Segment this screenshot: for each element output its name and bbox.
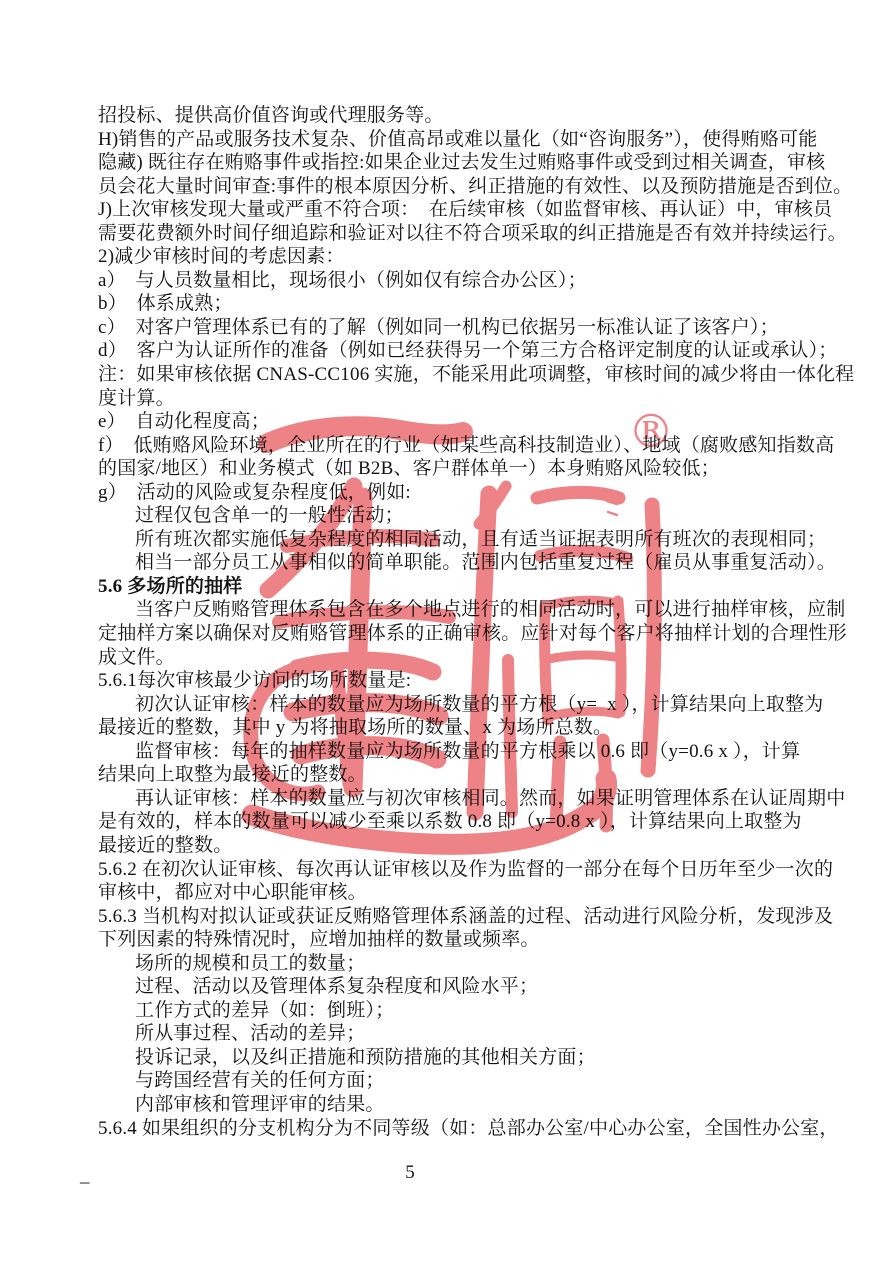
text-line: 工作方式的差异（如：倒班）； (98, 999, 820, 1023)
text-line: 定抽样方案以确保对反贿赂管理体系的正确审核。应针对每个客户将抽样计划的合理性形 (98, 622, 820, 646)
text-line: 相当一部分员工从事相似的简单职能。范围内包括重复过程（雇员从事重复活动）。 (98, 551, 820, 575)
text-line: 最接近的整数，其中 y 为将抽取场所的数量、x 为场所总数。 (98, 716, 820, 740)
text-line: 招投标、提供高价值咨询或代理服务等。 (98, 104, 820, 128)
text-line: 员会花大量时间审查:事件的根本原因分析、纠正措施的有效性、以及预防措施是否到位。 (98, 175, 820, 199)
text-line: 当客户反贿赂管理体系包含在多个地点进行的相同活动时，可以进行抽样审核，应制 (98, 598, 820, 622)
text-line: 最接近的整数。 (98, 834, 820, 858)
text-line: 过程仅包含单一的一般性活动； (98, 504, 820, 528)
text-line: 度计算。 (98, 387, 820, 411)
text-line: 再认证审核：样本的数量应与初次审核相同。然而，如果证明管理体系在认证周期中 (98, 787, 820, 811)
text-line: f） 低贿赂风险环境，企业所在的行业（如某些高科技制造业）、地域（腐败感知指数高 (98, 434, 820, 458)
text-line: 初次认证审核：样本的数量应为场所数量的平方根（y= x ），计算结果向上取整为 (98, 693, 820, 717)
text-line: 内部审核和管理评审的结果。 (98, 1093, 820, 1117)
text-line: 所从事过程、活动的差异； (98, 1022, 820, 1046)
text-line: c） 对客户管理体系已有的了解（例如同一机构已依据另一标准认证了该客户）； (98, 316, 820, 340)
text-line: 成文件。 (98, 646, 820, 670)
text-line: 5.6.1每次审核最少访问的场所数量是: (98, 669, 820, 693)
document-page: 招投标、提供高价值咨询或代理服务等。H)销售的产品或服务技术复杂、价值高昂或难以… (0, 0, 892, 1262)
text-line: g） 活动的风险或复杂程度低，例如: (98, 481, 820, 505)
text-line: 注：如果审核依据 CNAS-CC106 实施，不能采用此项调整，审核时间的减少将… (98, 363, 820, 387)
text-line: 5.6.2 在初次认证审核、每次再认证审核以及作为监督的一部分在每个日历年至少一… (98, 858, 820, 882)
footer-mark: _ (80, 1164, 90, 1187)
text-line: 需要花费额外时间仔细追踪和验证对以往不符合项采取的纠正措施是否有效并持续运行。 (98, 222, 820, 246)
text-line: 2)减少审核时间的考虑因素： (98, 245, 820, 269)
text-line: 监督审核：每年的抽样数量应为场所数量的平方根乘以 0.6 即（y=0.6 x ）… (98, 740, 820, 764)
text-line: 所有班次都实施低复杂程度的相同活动，且有适当证据表明所有班次的表现相同； (98, 528, 820, 552)
text-line: 与跨国经营有关的任何方面； (98, 1069, 820, 1093)
text-line: b） 体系成熟； (98, 292, 820, 316)
text-line: 过程、活动以及管理体系复杂程度和风险水平； (98, 975, 820, 999)
text-line: e） 自动化程度高； (98, 410, 820, 434)
document-body: 招投标、提供高价值咨询或代理服务等。H)销售的产品或服务技术复杂、价值高昂或难以… (98, 104, 820, 1140)
text-line: 下列因素的特殊情况时，应增加抽样的数量或频率。 (98, 928, 820, 952)
page-number: 5 (0, 1161, 820, 1184)
text-line: 是有效的，样本的数量可以减少至乘以系数 0.8 即（y=0.8 x ），计算结果… (98, 810, 820, 834)
text-line: 5.6 多场所的抽样 (98, 575, 820, 599)
text-line: J)上次审核发现大量或严重不符合项： 在后续审核（如监督审核、再认证）中，审核员 (98, 198, 820, 222)
text-line: a） 与人员数量相比，现场很小（例如仅有综合办公区）； (98, 269, 820, 293)
text-line: d） 客户为认证所作的准备（例如已经获得另一个第三方合格评定制度的认证或承认）； (98, 339, 820, 363)
text-line: 隐藏) 既往存在贿赂事件或指控:如果企业过去发生过贿赂事件或受到过相关调查，审核 (98, 151, 820, 175)
text-line: 投诉记录，以及纠正措施和预防措施的其他相关方面； (98, 1046, 820, 1070)
text-line: H)销售的产品或服务技术复杂、价值高昂或难以量化（如“咨询服务”），使得贿赂可能 (98, 128, 820, 152)
text-line: 5.6.4 如果组织的分支机构分为不同等级（如：总部办公室/中心办公室，全国性办… (98, 1117, 820, 1141)
text-line: 审核中，都应对中心职能审核。 (98, 881, 820, 905)
text-line: 场所的规模和员工的数量； (98, 952, 820, 976)
text-line: 5.6.3 当机构对拟认证或获证反贿赂管理体系涵盖的过程、活动进行风险分析，发现… (98, 905, 820, 929)
text-line: 的国家/地区）和业务模式（如 B2B、客户群体单一）本身贿赂风险较低； (98, 457, 820, 481)
text-line: 结果向上取整为最接近的整数。 (98, 763, 820, 787)
